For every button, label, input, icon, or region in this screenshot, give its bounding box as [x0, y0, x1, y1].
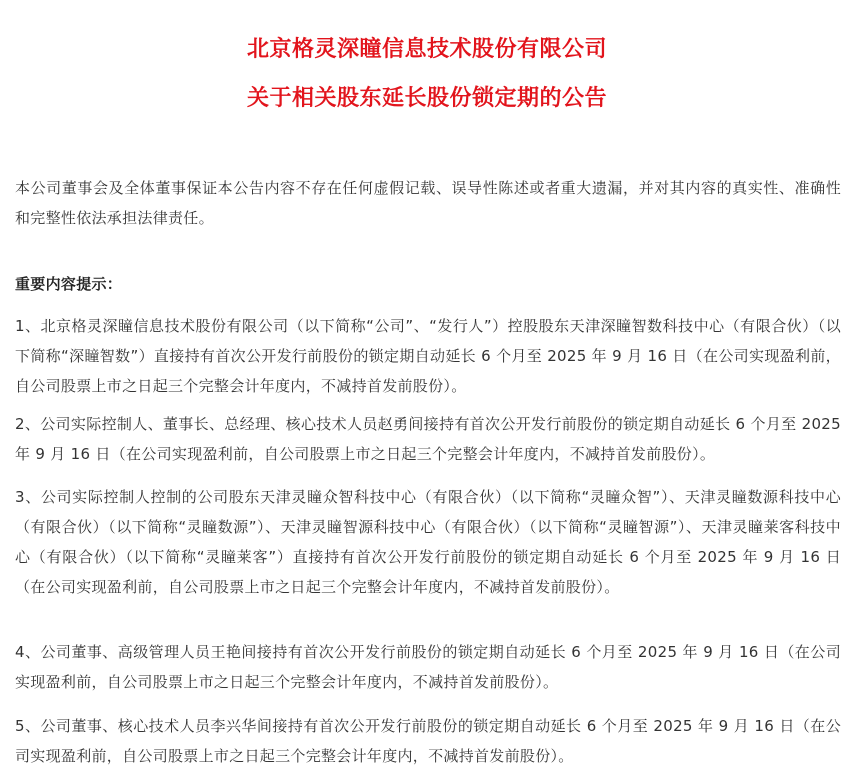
list-item: 3、公司实际控制人控制的公司股东天津灵瞳众智科技中心（有限合伙）（以下简称“灵瞳… [15, 482, 841, 602]
company-name-title: 北京格灵深瞳信息技术股份有限公司 [0, 35, 854, 65]
announcement-title: 关于相关股东延长股份锁定期的公告 [0, 84, 854, 114]
list-item: 4、公司董事、高级管理人员王艳间接持有首次公开发行前股份的锁定期自动延长 6 个… [15, 637, 841, 697]
section-heading: 重要内容提示： [15, 269, 841, 299]
list-item: 5、公司董事、核心技术人员李兴华间接持有首次公开发行前股份的锁定期自动延长 6 … [15, 711, 841, 768]
list-item: 2、公司实际控制人、董事长、总经理、核心技术人员赵勇间接持有首次公开发行前股份的… [15, 409, 841, 469]
list-item: 1、北京格灵深瞳信息技术股份有限公司（以下简称“公司”、“发行人”）控股股东天津… [15, 311, 841, 401]
announcement-page: 北京格灵深瞳信息技术股份有限公司 关于相关股东延长股份锁定期的公告 本公司董事会… [0, 0, 854, 768]
board-statement: 本公司董事会及全体董事保证本公告内容不存在任何虚假记载、误导性陈述或者重大遗漏，… [15, 173, 841, 233]
